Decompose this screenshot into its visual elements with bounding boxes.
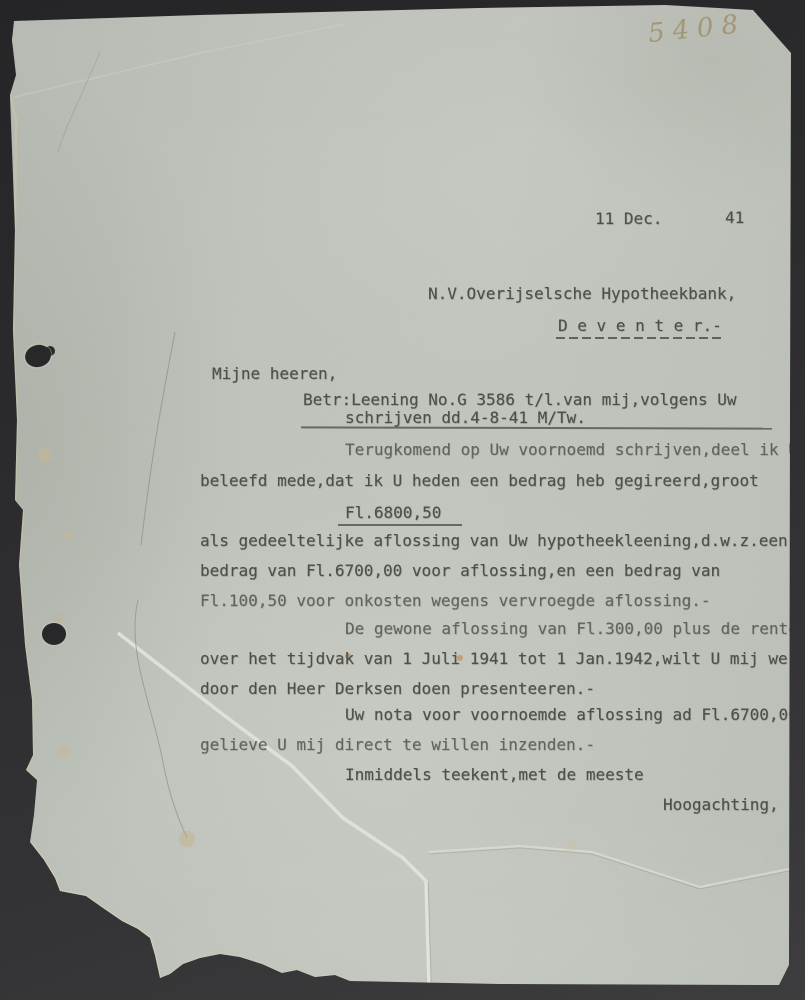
recipient-line: N.V.Overijselsche Hypotheekbank, xyxy=(428,284,736,303)
stain-spot xyxy=(64,531,74,541)
hairline-crease-3 xyxy=(58,52,100,152)
closing-line: Hoogachting, xyxy=(663,795,779,814)
handwritten-annotation: 5408 xyxy=(647,9,748,49)
punch-hole xyxy=(41,622,67,646)
amount-underline xyxy=(338,524,462,526)
date-year: 41 xyxy=(725,208,744,227)
stain-spot xyxy=(179,831,195,847)
body-line-amount: Fl.6800,50 xyxy=(345,503,441,522)
body-line: De gewone aflossing van Fl.300,00 plus d… xyxy=(345,619,798,638)
torn-edge-bite xyxy=(30,842,160,978)
body-line: gelieve U mij direct te willen inzenden.… xyxy=(200,735,595,754)
body-line: door den Heer Derksen doen presenteeren.… xyxy=(200,679,595,698)
city-underline xyxy=(556,337,722,339)
crease-top-left xyxy=(14,24,345,97)
body-line: Terugkomend op Uw voornoemd schrijven,de… xyxy=(345,440,798,459)
torn-edge-bottom xyxy=(160,954,350,981)
body-line: beleefd mede,dat ik U heden een bedrag h… xyxy=(200,471,759,490)
stain-spot xyxy=(57,745,71,759)
body-line: Uw nota voor voornoemde aflossing ad Fl.… xyxy=(345,705,798,724)
stain-spot xyxy=(38,448,52,462)
stain-spot xyxy=(55,613,65,623)
date-text: 11 Dec. xyxy=(595,209,662,228)
body-line: als gedeeltelijke aflossing van Uw hypot… xyxy=(200,531,788,550)
salutation: Mijne heeren, xyxy=(212,364,337,383)
paper-sheet: 5408 11 Dec. 41 N.V.Overijselsche Hypoth… xyxy=(0,0,805,1000)
hairline-crease-1 xyxy=(141,332,175,545)
crease-secondary-shadow xyxy=(429,848,789,889)
paper-texture xyxy=(0,0,805,1000)
body-line: Fl.100,50 voor onkosten wegens vervroegd… xyxy=(200,591,711,610)
body-line: over het tijdvak van 1 Juli 1941 tot 1 J… xyxy=(200,649,788,668)
city-line: D e v e n t e r.- xyxy=(558,316,722,335)
scanned-letter-photo: 5408 11 Dec. 41 N.V.Overijselsche Hypoth… xyxy=(0,0,805,1000)
crease-secondary xyxy=(429,846,789,887)
torn-edge-left xyxy=(10,35,37,780)
paper-damage-overlay xyxy=(0,0,805,1000)
body-line: Inmiddels teekent,met de meeste xyxy=(345,765,644,784)
hairline-crease-2 xyxy=(135,600,187,838)
body-line: bedrag van Fl.6700,00 voor aflossing,en … xyxy=(200,561,720,580)
subject-line-2: schrijven dd.4-8-41 M/Tw. xyxy=(345,408,586,427)
stain-spot xyxy=(564,840,576,852)
subject-line-1: Betr:Leening No.G 3586 t/l.van mij,volge… xyxy=(303,390,736,409)
punch-hole xyxy=(22,341,55,371)
subject-underline xyxy=(301,426,772,429)
